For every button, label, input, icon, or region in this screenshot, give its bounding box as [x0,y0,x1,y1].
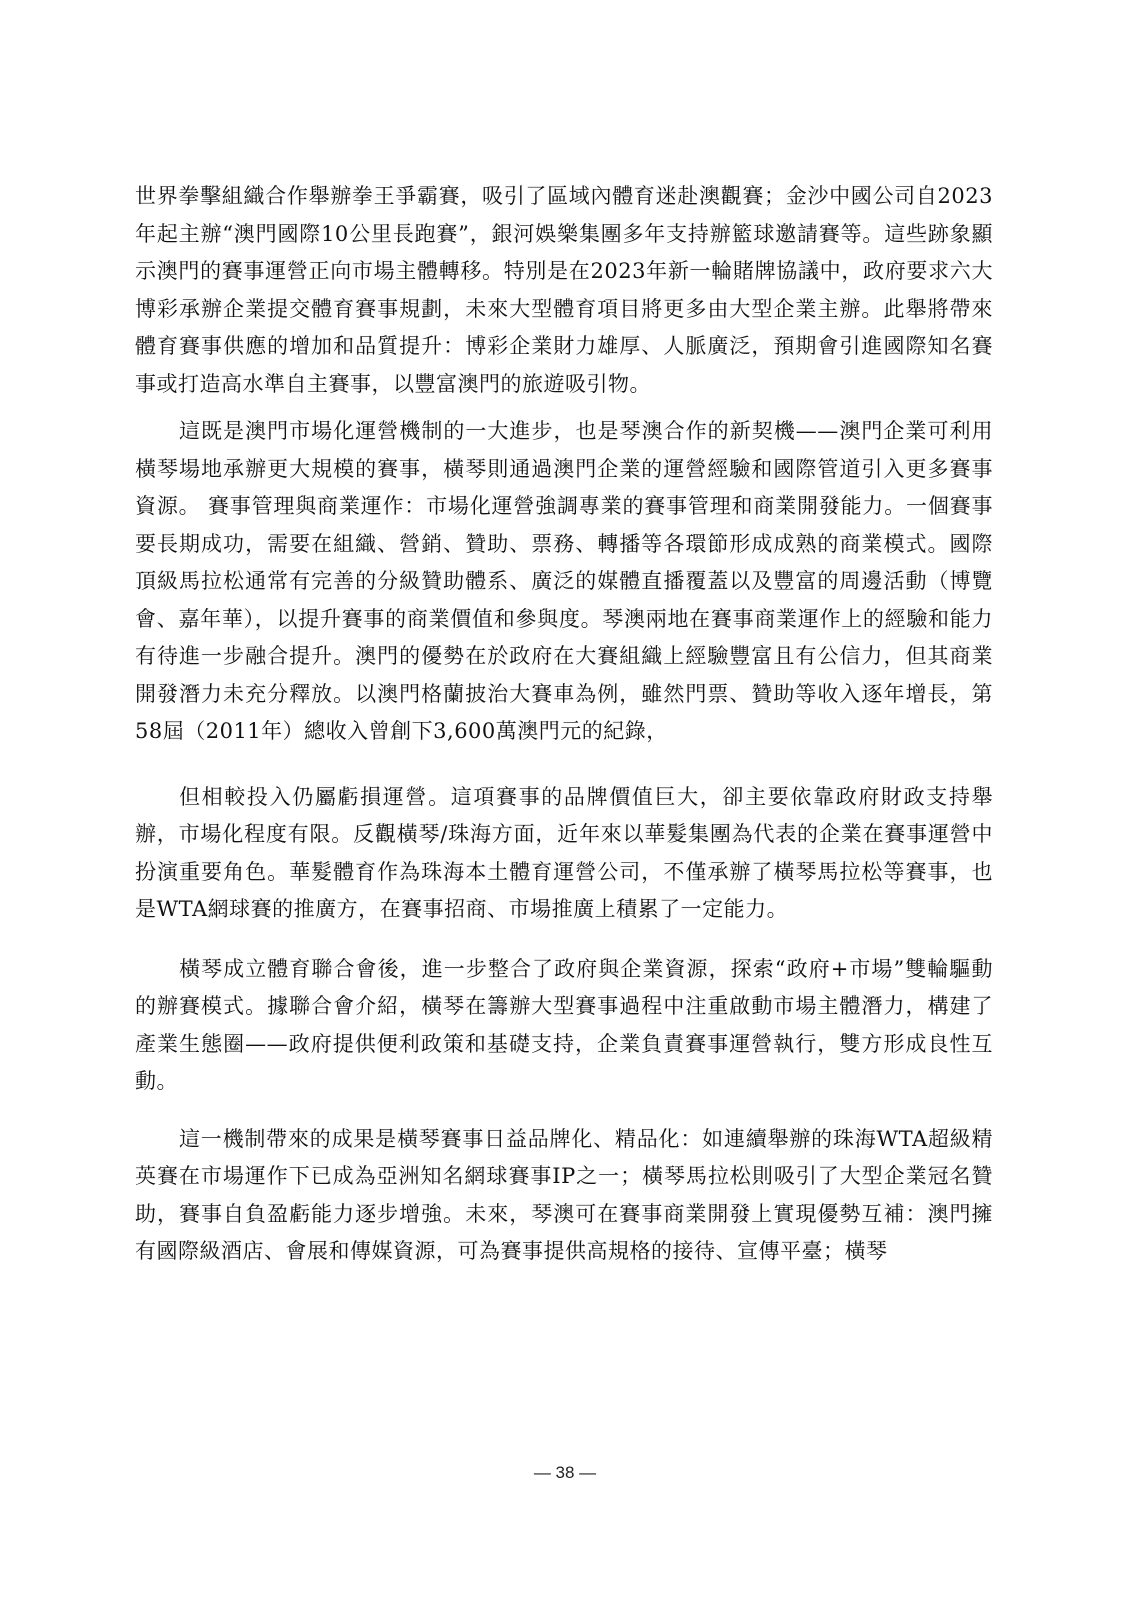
paragraph-1: 世界拳擊組織合作舉辦拳王爭霸賽，吸引了區域內體育迷赴澳觀賽；金沙中國公司自202… [135,178,993,403]
document-body: 世界拳擊組織合作舉辦拳王爭霸賽，吸引了區域內體育迷赴澳觀賽；金沙中國公司自202… [135,178,993,1271]
paragraph-2: 這既是澳門市場化運營機制的一大進步，也是琴澳合作的新契機——澳門企業可利用橫琴場… [135,413,993,751]
paragraph-3: 但相較投入仍屬虧損運營。這項賽事的品牌價值巨大，卻主要依靠政府財政支持舉辦，市場… [135,779,993,929]
paragraph-4: 橫琴成立體育聯合會後，進一步整合了政府與企業資源，探索“政府+市場”雙輪驅動的辦… [135,951,993,1101]
paragraph-5: 這一機制帶來的成果是橫琴賽事日益品牌化、精品化：如連續舉辦的珠海WTA超級精英賽… [135,1121,993,1271]
page-number: — 38 — [0,1463,1130,1483]
